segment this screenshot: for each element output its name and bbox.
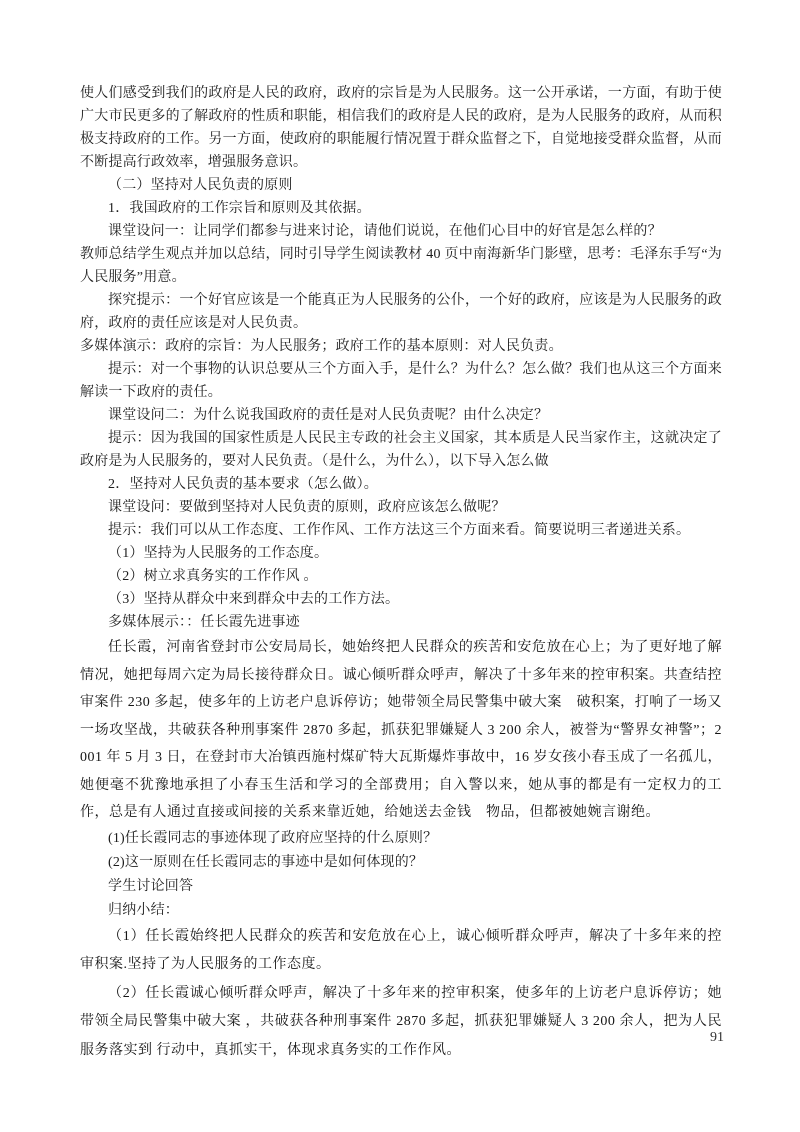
paragraph: 1．我国政府的工作宗旨和原则及其依据。 — [80, 197, 722, 220]
document-page: 使人们感受到我们的政府是人民的政府，政府的宗旨是为人民服务。这一公开承诺，一方面… — [0, 0, 800, 1132]
paragraph: 学生讨论回答 — [80, 875, 722, 899]
paragraph: （1）坚持为人民服务的工作态度。 — [80, 542, 722, 565]
paragraph: 课堂设问一：让同学们都参与进来讨论，请他们说说，在他们心目中的好官是怎么样的？ — [80, 220, 722, 243]
paragraph: 多媒体演示：政府的宗旨：为人民服务；政府工作的基本原则：对人民负责。 — [80, 335, 722, 358]
paragraph: (2)这一原则在任长霞同志的事迹中是如何体现的？ — [80, 851, 722, 875]
paragraph: （二）坚持对人民负责的原则 — [80, 174, 722, 197]
paragraph: （1）任长霞始终把人民群众的疾苦和安危放在心上，诚心倾听群众呼声，解决了十多年来… — [80, 923, 722, 980]
paragraph: 任长霞，河南省登封市公安局局长，她始终把人民群众的疾苦和安危放在心上；为了更好地… — [80, 634, 722, 827]
paragraph: 2．坚持对人民负责的基本要求（怎么做）。 — [80, 473, 722, 496]
paragraph: 课堂设问二：为什么说我国政府的责任是对人民负责呢？由什么决定？ — [80, 404, 722, 427]
paragraph: 归纳小结： — [80, 899, 722, 923]
paragraph: 多媒体展示：：任长霞先进事迹 — [80, 611, 722, 634]
page-number: 91 — [710, 1030, 724, 1046]
paragraph: 提示：因为我国的国家性质是人民民主专政的社会主义国家，其本质是人民当家作主，这就… — [80, 427, 722, 473]
paragraph: （2）树立求真务实的工作作风 。 — [80, 565, 722, 588]
document-body: 使人们感受到我们的政府是人民的政府，政府的宗旨是为人民服务。这一公开承诺，一方面… — [80, 82, 722, 1065]
paragraph: 提示：对一个事物的认识总要从三个方面入手，是什么？为什么？怎么做？我们也从这三个… — [80, 358, 722, 404]
paragraph: （2）任长霞诚心倾听群众呼声，解决了十多年来的控审积案，使多年的上访老户息诉停访… — [80, 980, 722, 1066]
paragraph: (1)任长霞同志的事迹体现了政府应坚持的什么原则？ — [80, 827, 722, 851]
paragraph: 教师总结学生观点并加以总结，同时引导学生阅读教材 40 页中南海新华门影壁，思考… — [80, 243, 722, 289]
paragraph: 使人们感受到我们的政府是人民的政府，政府的宗旨是为人民服务。这一公开承诺，一方面… — [80, 82, 722, 174]
paragraph: 探究提示：一个好官应该是一个能真正为人民服务的公仆，一个好的政府，应该是为人民服… — [80, 289, 722, 335]
paragraph: （3）坚持从群众中来到群众中去的工作方法。 — [80, 588, 722, 611]
paragraph: 课堂设问：要做到坚持对人民负责的原则，政府应该怎么做呢？ — [80, 496, 722, 519]
paragraph: 提示：我们可以从工作态度、工作作风、工作方法这三个方面来看。简要说明三者递进关系… — [80, 519, 722, 542]
